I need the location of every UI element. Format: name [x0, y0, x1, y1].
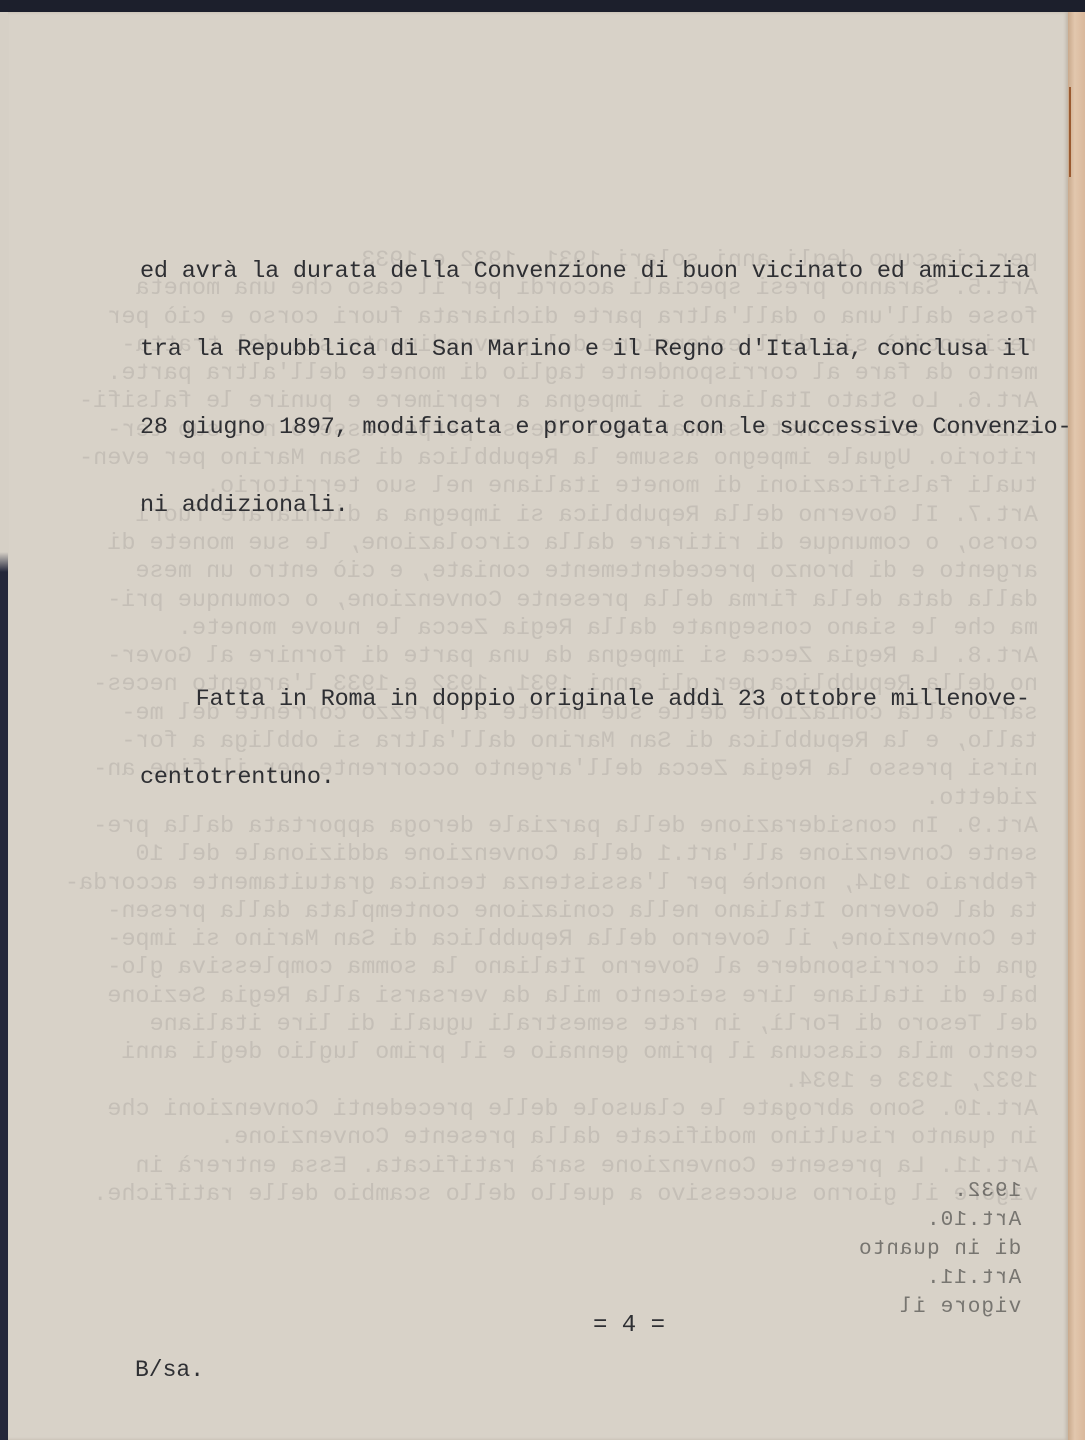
- text-line: centotrentuno.: [140, 765, 1040, 791]
- bleed-line: ta dal Governo Italiano nella coniazione…: [118, 898, 1038, 926]
- offset-mark-line: 1932.: [858, 1177, 1021, 1206]
- text-line: ed avrà la durata della Convenzione di b…: [140, 259, 1040, 285]
- bleed-line: te Convenzione, il Governo della Repubbl…: [118, 926, 1038, 954]
- page-stack-edge: [1068, 12, 1085, 1440]
- scanner-background-top: [0, 0, 1085, 12]
- text-line: tra la Repubblica di San Marino e il Reg…: [140, 337, 1040, 363]
- text-line: ni addizionali.: [140, 493, 1040, 519]
- offset-mark-line: Art.11.: [858, 1264, 1021, 1293]
- binding-clip: [1069, 87, 1081, 177]
- document-body: ed avrà la durata della Convenzione di b…: [140, 155, 1040, 895]
- scanner-background-left: [0, 12, 8, 1440]
- text-line: 28 giugno 1897, modificata e prorogata c…: [140, 415, 1040, 441]
- bleed-line: in quanto risultino modificate dalla pre…: [118, 1124, 1038, 1152]
- bleed-line: del Tesoro di Forlì, in rate semestrali …: [118, 1011, 1038, 1039]
- bleed-line: bale di italiane lire seicento mila da v…: [118, 983, 1038, 1011]
- page-number: = 4 =: [593, 1312, 665, 1339]
- bleed-line: 1932, 1933 e 1934.: [118, 1068, 1038, 1096]
- offset-ink-marks: 1932.Art.10.di in quantoArt.11.vigore il: [858, 1177, 1021, 1322]
- paragraph-duration: ed avrà la durata della Convenzione di b…: [140, 207, 1040, 571]
- bleed-line: cento mila ciascuna il primo gennaio e i…: [118, 1039, 1038, 1067]
- offset-mark-line: di in quanto: [858, 1235, 1021, 1264]
- offset-mark-line: vigore il: [858, 1293, 1021, 1322]
- text-line: Fatta in Roma in doppio originale addì 2…: [140, 687, 1040, 713]
- bleed-line: Art.10. Sono abrogate le clausole delle …: [118, 1096, 1038, 1124]
- paragraph-signature-date: Fatta in Roma in doppio originale addì 2…: [140, 635, 1040, 843]
- typist-initials: B/sa.: [135, 1357, 204, 1383]
- document-page: per ciascuno degli anni solari 1931, 193…: [8, 12, 1068, 1440]
- bleed-line: gna di corrispondere al Governo Italiano…: [118, 954, 1038, 982]
- offset-mark-line: Art.10.: [858, 1206, 1021, 1235]
